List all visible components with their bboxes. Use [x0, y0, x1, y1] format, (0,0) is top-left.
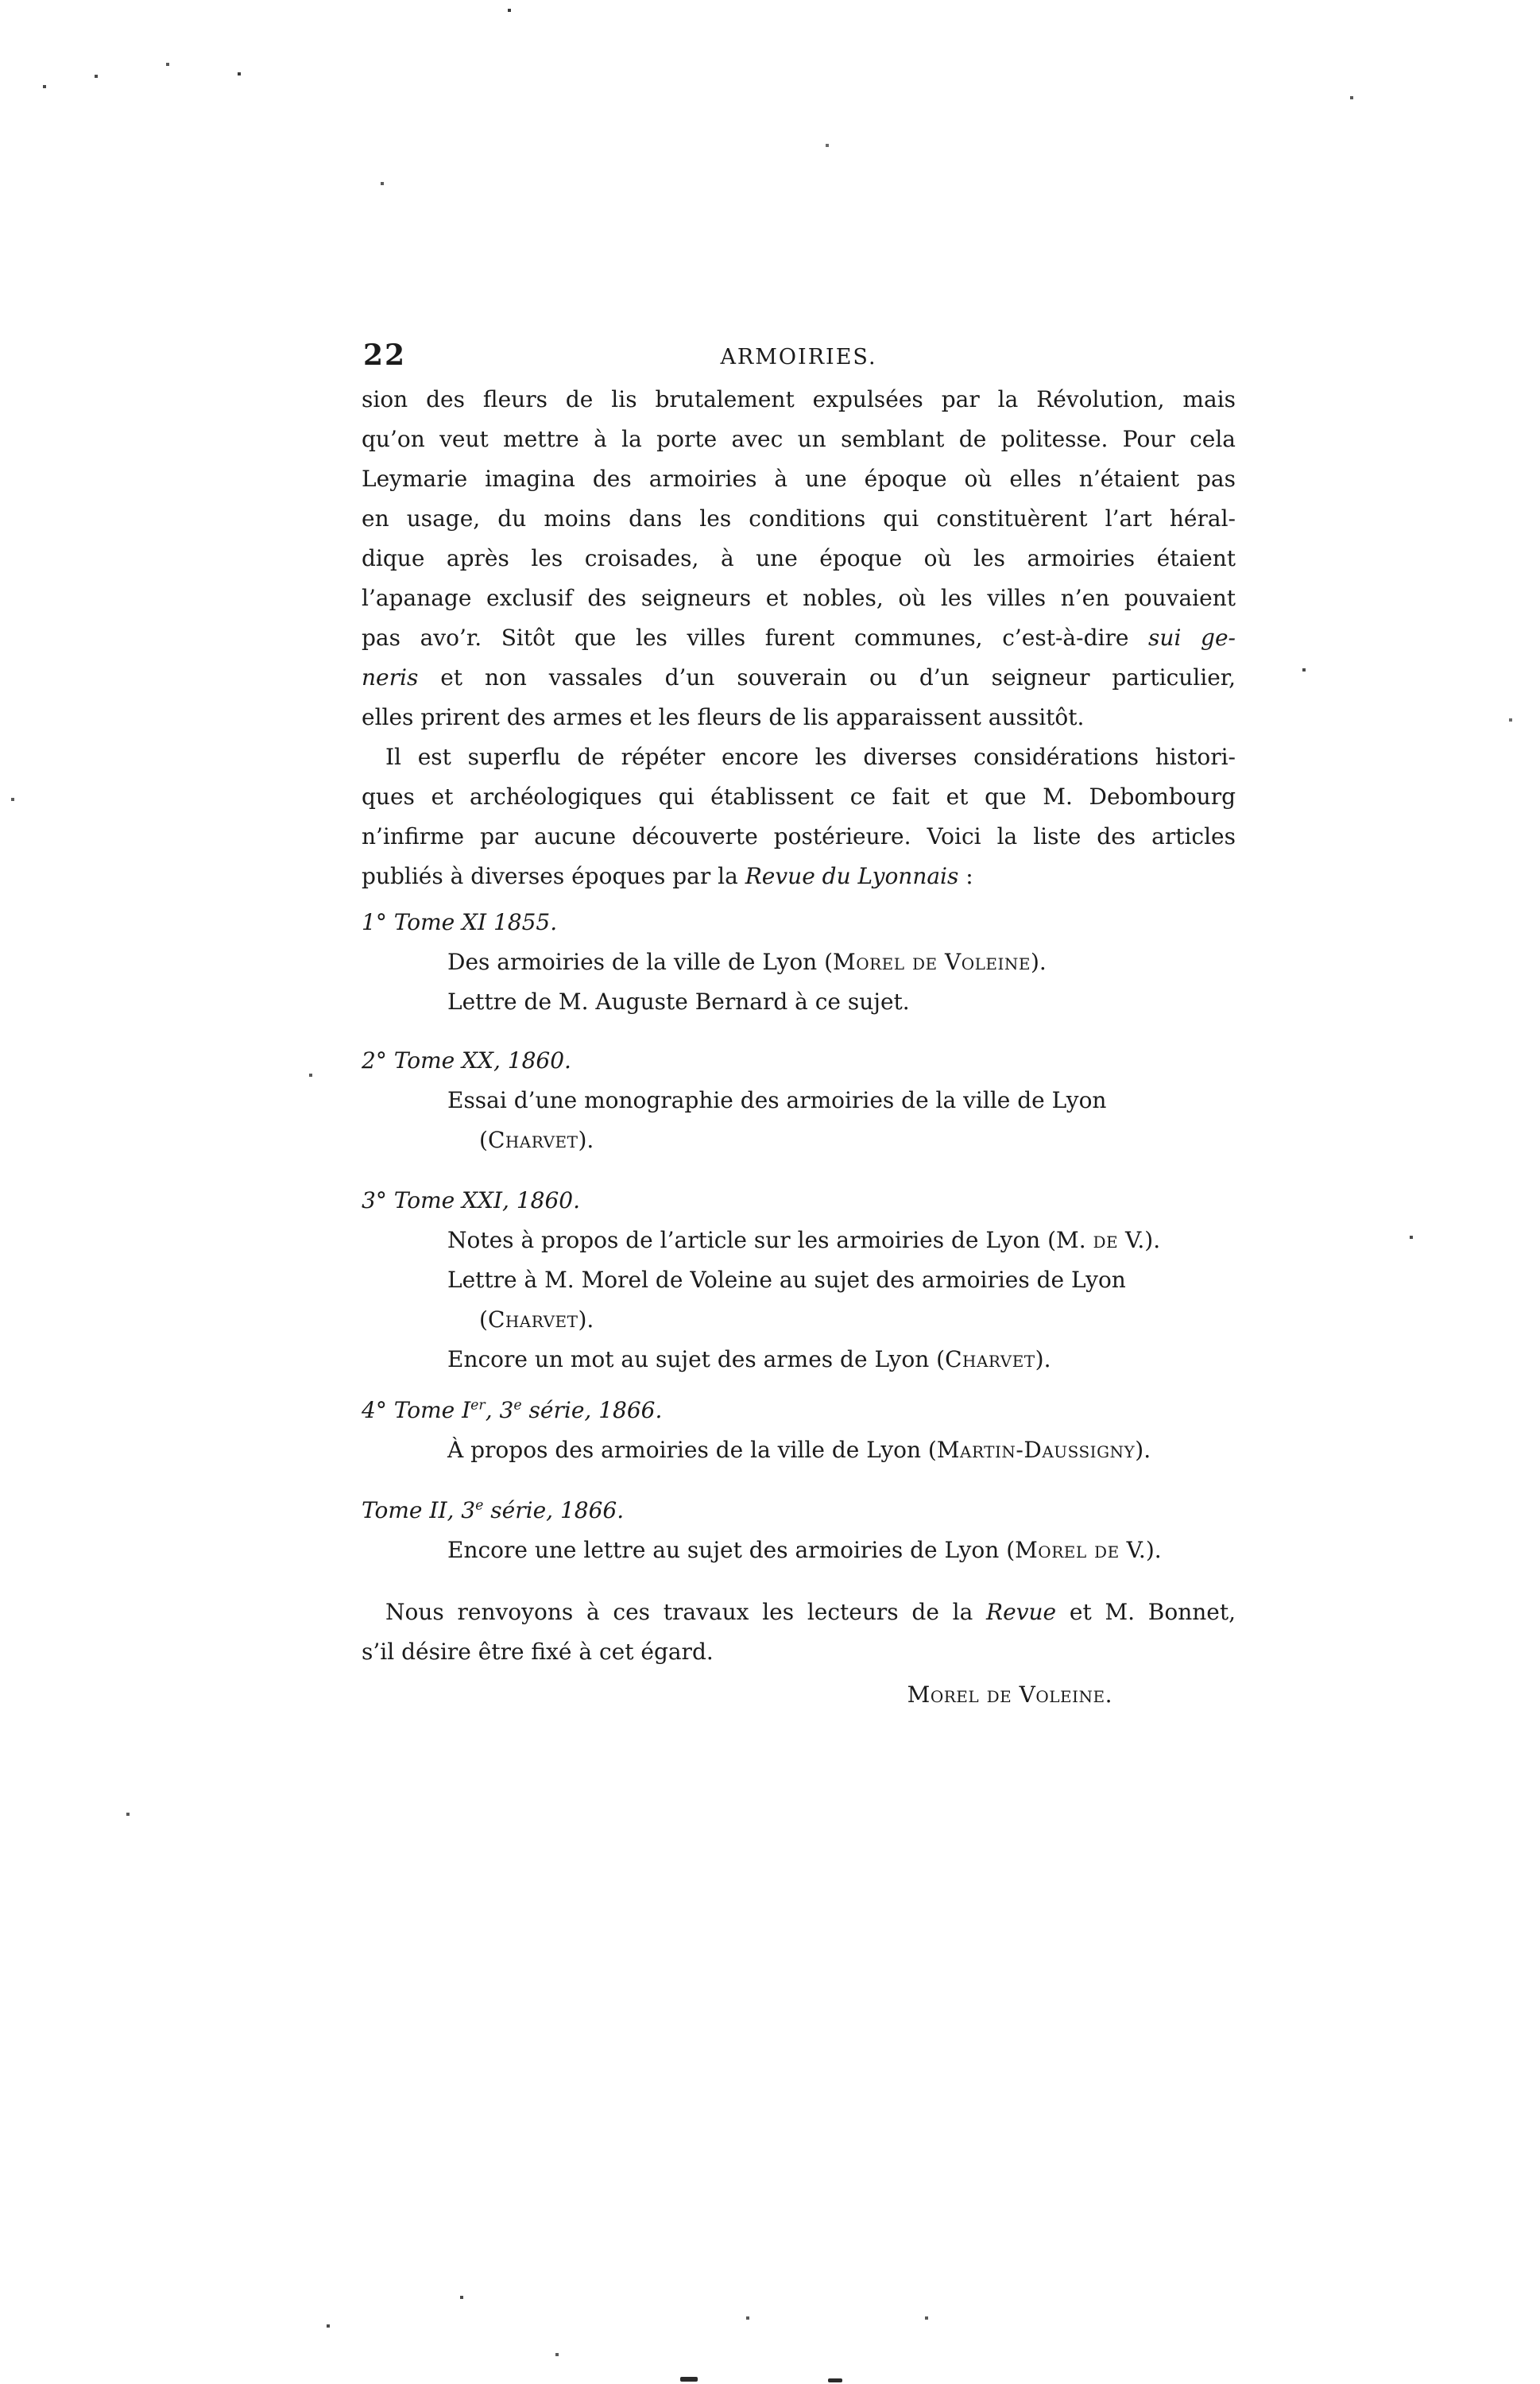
list-entry: Lettre à M. Morel de Voleine au sujet de… [362, 1260, 1236, 1300]
list-entry: À propos des armoiries de la ville de Ly… [362, 1430, 1236, 1470]
list-entry: Des armoiries de la ville de Lyon (Morel… [362, 942, 1236, 982]
paragraph: Il est superflu de répéter encore les di… [362, 737, 1236, 896]
text-line: ques et archéologiques qui établissent c… [362, 777, 1236, 817]
list-entry: Encore un mot au sujet des armes de Lyon… [362, 1340, 1236, 1380]
scan-speck-noise [0, 0, 2, 2]
list-entry: Encore une lettre au sujet des armoiries… [362, 1531, 1236, 1570]
scan-artifact [828, 2378, 842, 2382]
list-item-heading: 2° Tome XX, 1860. [362, 1041, 1236, 1081]
text-line: elles prirent des armes et les fleurs de… [362, 698, 1236, 737]
text-line: en usage, du moins dans les conditions q… [362, 499, 1236, 539]
list-item-heading: 1° Tome XI 1855. [362, 903, 1236, 942]
text-line: pas avo’r. Sitôt que les villes furent c… [362, 618, 1236, 658]
running-title: ARMOIRIES. [362, 345, 1236, 370]
text-line: s’il désire être fixé à cet égard. [362, 1632, 1236, 1672]
text-line: n’infirme par aucune découverte postérie… [362, 817, 1236, 857]
list-entry: Lettre de M. Auguste Bernard à ce sujet. [362, 982, 1236, 1022]
text-line: sion des fleurs de lis brutalement expul… [362, 380, 1236, 420]
list-item-heading: 3° Tome XXI, 1860. [362, 1181, 1236, 1221]
list-item-heading: 4° Tome Ier, 3e série, 1866. [362, 1391, 1236, 1430]
list-entry-continuation: (Charvet). [362, 1300, 1236, 1340]
book-page: 22 ARMOIRIES. sion des fleurs de lis bru… [0, 0, 1540, 2384]
page-header: 22 ARMOIRIES. [362, 337, 1236, 381]
text-line: dique après les croisades, à une époque … [362, 539, 1236, 579]
list-item-heading: Tome II, 3e série, 1866. [362, 1491, 1236, 1531]
text-line: l’apanage exclusif des seigneurs et nobl… [362, 579, 1236, 618]
list-entry: Essai d’une monographie des armoiries de… [362, 1081, 1236, 1120]
list-entry-continuation: (Charvet). [362, 1120, 1236, 1160]
text-line: Nous renvoyons à ces travaux les lecteur… [362, 1593, 1236, 1632]
text-line: Il est superflu de répéter encore les di… [362, 737, 1236, 777]
list-entry: Notes à propos de l’article sur les armo… [362, 1221, 1236, 1260]
text-line: publiés à diverses époques par la Revue … [362, 857, 1236, 896]
text-line: Leymarie imagina des armoiries à une épo… [362, 459, 1236, 499]
text-line: neris et non vassales d’un souverain ou … [362, 658, 1236, 698]
paragraph: sion des fleurs de lis brutalement expul… [362, 380, 1236, 737]
text-line: qu’on veut mettre à la porte avec un sem… [362, 420, 1236, 459]
signature: Morel de Voleine. [362, 1675, 1236, 1715]
paragraph: Nous renvoyons à ces travaux les lecteur… [362, 1593, 1236, 1672]
scan-artifact [680, 2377, 698, 2382]
page-text: sion des fleurs de lis brutalement expul… [362, 380, 1236, 1715]
